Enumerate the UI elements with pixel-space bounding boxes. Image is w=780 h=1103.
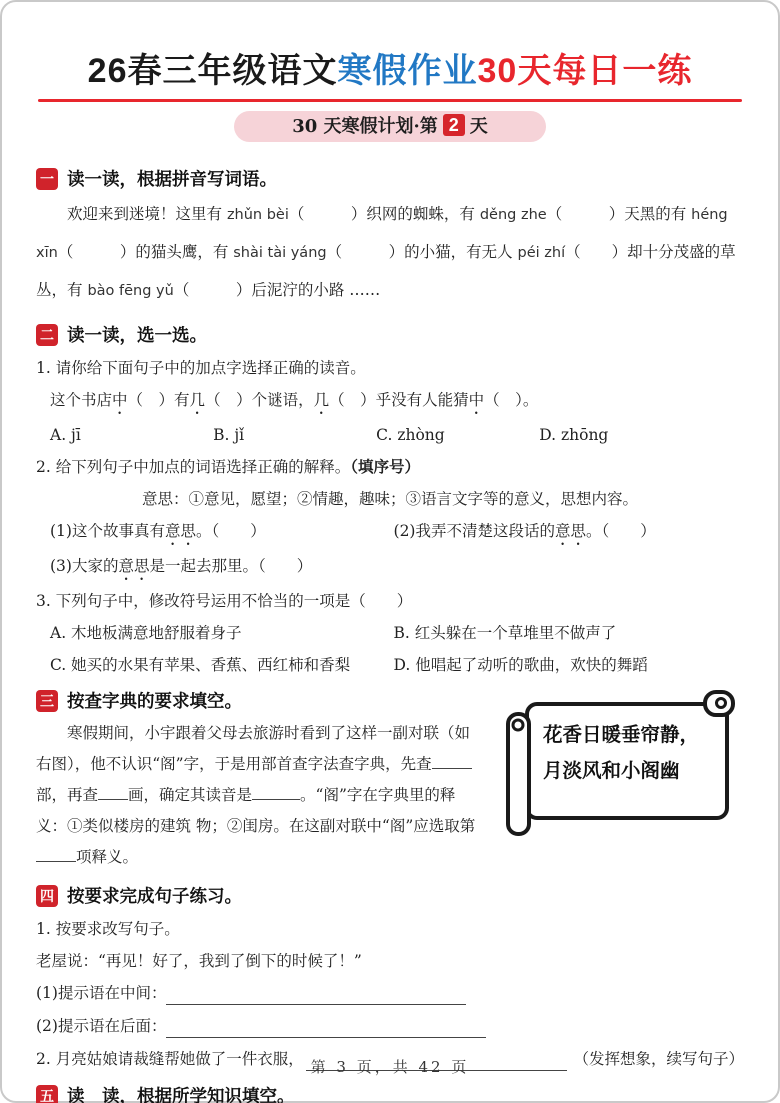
title-part-grade: 26春三年级语文: [88, 52, 338, 90]
answer-line: [166, 1022, 486, 1039]
q2-item-3: (3)大家的意思是一起去那里。（ ）: [50, 551, 744, 584]
pinyin-baofengyu: bào fēng yǔ: [87, 283, 173, 299]
question-1-stem: 1. 请你给下面句子中的加点字选择正确的读音。: [36, 353, 744, 383]
text-run: 。（ ）: [196, 522, 266, 540]
section-4-number-badge: 四: [36, 885, 58, 907]
fill-blank-definition: [36, 846, 76, 863]
text-run: （ ）天黑的有: [547, 205, 691, 223]
dotted-char: 中: [469, 391, 485, 409]
day-banner: 30 天寒假计划·第2天: [234, 111, 546, 142]
dotted-word: 意思: [165, 522, 196, 540]
fill-blank-pronunciation: [252, 784, 300, 801]
section-1-title: 读一读，根据拼音写词语。: [67, 166, 277, 191]
question-3-options-row-1: A. 木地板满意地舒服着身子 B. 红头躲在一个草堆里不做声了: [50, 618, 744, 648]
text-run: 。（ ）: [586, 522, 656, 540]
option-c: C. 她买的水果有苹果、香蕉、西红柿和香梨: [50, 650, 394, 680]
text-run: 2. 给下列句子中加点的词语选择正确的解释。: [36, 458, 350, 476]
section-3-title: 按查字典的要求填空。: [67, 688, 242, 713]
section-4-header: 四 按要求完成句子练习。: [36, 883, 744, 908]
answer-line: [166, 989, 466, 1006]
question-3-options-row-2: C. 她买的水果有苹果、香蕉、西红柿和香梨 D. 他唱起了动听的歌曲，欢快的舞蹈: [50, 650, 744, 680]
question-2-gloss: 意思：①意见，愿望；②情趣，趣味；③语言文字等的意义，思想内容。: [36, 484, 744, 514]
text-run: (2)我弄不清楚这段话的: [394, 522, 555, 540]
section-1: 一 读一读，根据拼音写词语。 欢迎来到迷境！这里有 zhǔn bèi（ ）织网的…: [36, 166, 744, 310]
title-part-practice: 30天每日一练: [478, 52, 693, 90]
section-5-title: 读 读，根据所学知识填空。: [67, 1083, 295, 1103]
banner-suffix: 天: [470, 116, 488, 137]
option-c: C. zhòng: [376, 420, 539, 450]
section-5-number-badge: 五: [36, 1085, 58, 1103]
text-run: (1)这个故事真有: [50, 522, 165, 540]
pinyin-shaitaiyang: shài tài yáng: [233, 245, 326, 261]
q2-item-2: (2)我弄不清楚这段话的意思。（ ）: [394, 516, 656, 549]
text-run: 项释义。: [76, 848, 138, 866]
section-2: 二 读一读，选一选。 1. 请你给下面句子中的加点字选择正确的读音。 这个书店中…: [36, 322, 744, 680]
option-b: B. jǐ: [213, 420, 376, 450]
page-footer: 第 3 页，共 42 页: [2, 1056, 778, 1077]
text-run: （ ）个谜语，: [205, 391, 314, 409]
couplet-scroll-graphic: 花香日暖垂帘静， 月淡风和小阁幽: [499, 690, 744, 842]
option-d: D. 他唱起了动听的歌曲，欢快的舞蹈: [394, 650, 648, 680]
page-title: 26春三年级语文寒假作业30天每日一练: [36, 48, 744, 94]
text-run: (3)大家的: [50, 557, 118, 575]
section-1-header: 一 读一读，根据拼音写词语。: [36, 166, 744, 191]
section-2-number-badge: 二: [36, 324, 58, 346]
title-underline: [38, 99, 742, 102]
question-1-options: A. jī B. jǐ C. zhòng D. zhōng: [50, 420, 744, 450]
dotted-char: 几: [314, 391, 330, 409]
dotted-char: 中: [112, 391, 128, 409]
couplet-line-1: 花香日暖垂帘静，: [543, 717, 699, 753]
rewrite-item-1: (1)提示语在中间：: [36, 978, 744, 1009]
title-part-homework: 寒假作业: [338, 52, 478, 90]
option-a: A. 木地板满意地舒服着身子: [50, 618, 394, 648]
text-run: （ ）的猫头鹰，有: [58, 243, 233, 261]
section-5-header: 五 读 读，根据所学知识填空。: [36, 1083, 744, 1103]
section-1-paragraph: 欢迎来到迷境！这里有 zhǔn bèi（ ）织网的蜘蛛，有 děng zhe（ …: [36, 196, 744, 310]
text-run: 部，再查: [36, 786, 98, 804]
text-run: 是一起去那里。（ ）: [149, 557, 312, 575]
option-d: D. zhōng: [539, 420, 702, 450]
question-1-stem: 1. 按要求改写句子。: [36, 914, 744, 944]
section-5: 五 读 读，根据所学知识填空。: [36, 1083, 744, 1103]
section-1-number-badge: 一: [36, 168, 58, 190]
rewrite-item-2: (2)提示语在后面：: [36, 1011, 744, 1042]
question-2-stem: 2. 给下列句子中加点的词语选择正确的解释。（填序号）: [36, 452, 744, 482]
section-3-header: 三 按查字典的要求填空。: [36, 688, 485, 713]
section-4-title: 按要求完成句子练习。: [67, 883, 242, 908]
fill-blank-strokes: [98, 784, 128, 801]
rewrite-item-1-label: (1)提示语在中间：: [36, 978, 166, 1009]
text-run: （ ）后泥泞的小路 ……: [174, 281, 380, 299]
rewrite-item-2-label: (2)提示语在后面：: [36, 1011, 166, 1042]
question-3-stem: 3. 下列句子中，修改符号运用不恰当的一项是（ ）: [36, 586, 744, 616]
text-run: （ ）织网的蜘蛛，有: [289, 205, 480, 223]
option-a: A. jī: [50, 420, 213, 450]
option-b: B. 红头躲在一个草堆里不做声了: [394, 618, 617, 648]
worksheet-page: 26春三年级语文寒假作业30天每日一练 30 天寒假计划·第2天 一 读一读，根…: [0, 0, 780, 1103]
question-1-sentence: 老屋说：“再见！好了，我到了倒下的时候了！”: [36, 946, 744, 976]
text-run: 画，确定其读音是: [128, 786, 252, 804]
section-2-title: 读一读，选一选。: [67, 322, 207, 347]
section-3-number-badge: 三: [36, 690, 58, 712]
text-run: 欢迎来到迷境！这里有: [67, 205, 227, 223]
pinyin-peizhi: péi zhí: [518, 245, 566, 261]
section-4: 四 按要求完成句子练习。 1. 按要求改写句子。 老屋说：“再见！好了，我到了倒…: [36, 883, 744, 1075]
text-run: （ ）有: [128, 391, 190, 409]
banner-prefix: 30 天寒假计划·第: [292, 116, 438, 137]
text-run: 寒假期间，小宇跟着父母去旅游时看到了这样一副对联（如右图），他不认识“阁”字，于…: [36, 724, 470, 773]
text-run: 这个书店: [50, 391, 112, 409]
question-1-sentence: 这个书店中（ ）有几（ ）个谜语，几（ ）乎没有人能猜中（ ）。: [50, 385, 744, 418]
pinyin-dengzhe: děng zhe: [480, 207, 547, 223]
couplet-line-2: 月淡风和小阁幽: [543, 753, 699, 789]
dotted-word: 意思: [555, 522, 586, 540]
fill-blank-radical: [432, 753, 472, 770]
text-run: （ ）乎没有人能猜: [329, 391, 469, 409]
dotted-char: 几: [190, 391, 206, 409]
section-3: 花香日暖垂帘静， 月淡风和小阁幽 三 按查字典的要求填空。 寒假期间，小宇跟着父…: [36, 688, 744, 873]
couplet-text: 花香日暖垂帘静， 月淡风和小阁幽: [543, 717, 699, 789]
pinyin-zhunbei: zhǔn bèi: [227, 207, 289, 223]
text-run: （ ）的小猫，有无人: [327, 243, 518, 261]
text-run: （ ）。: [484, 391, 538, 409]
dotted-word: 意思: [118, 557, 149, 575]
q2-item-1: (1)这个故事真有意思。（ ）: [50, 516, 394, 549]
day-number-badge: 2: [443, 114, 465, 136]
section-2-header: 二 读一读，选一选。: [36, 322, 744, 347]
question-2-note: （填序号）: [350, 457, 420, 476]
question-2-items-row: (1)这个故事真有意思。（ ） (2)我弄不清楚这段话的意思。（ ）: [50, 516, 744, 549]
